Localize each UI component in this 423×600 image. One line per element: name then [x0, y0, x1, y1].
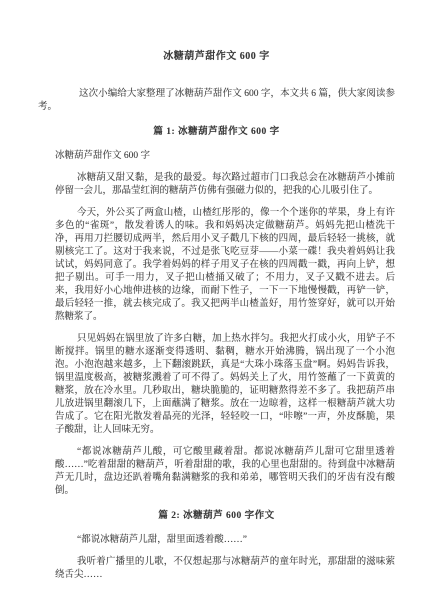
- section-2-paragraph-1: “都说冰糖葫芦儿甜，甜里面透着酸……”: [55, 534, 395, 547]
- section-2-paragraph-2: 我听着广播里的儿歌，不仅想起那与冰糖葫芦的童年时光，那甜甜的滋味萦绕舌尖……: [55, 556, 395, 582]
- section-1-paragraph-3: 只见妈妈在锅里放了许多白糖，加上热水拌匀。我把火打成小火，用铲子不断搅拌。锅里的…: [55, 333, 395, 437]
- section-1-heading: 篇 1: 冰糖葫芦甜作文 600 字: [38, 126, 395, 139]
- intro-paragraph: 这次小编给大家整理了冰糖葫芦甜作文 600 字，本文共 6 篇，供大家阅读参考。: [38, 88, 395, 114]
- page-title: 冰糖葫芦甜作文 600 字: [38, 50, 395, 63]
- section-2-heading: 篇 2: 冰糖葫芦 600 字作文: [38, 510, 395, 523]
- section-1-subtitle: 冰糖葫芦甜作文 600 字: [55, 150, 395, 163]
- document-body: 冰糖葫芦甜作文 600 字 这次小编给大家整理了冰糖葫芦甜作文 600 字，本文…: [0, 0, 423, 582]
- document-page: 冰糖葫芦甜作文 600 字 这次小编给大家整理了冰糖葫芦甜作文 600 字，本文…: [0, 0, 423, 600]
- section-1-paragraph-2: 今天，外公买了两盒山楂，山楂红彤彤的，像一个个迷你的苹果，身上有许多色的“雀斑”…: [55, 207, 395, 324]
- section-1-paragraph-1: 冰糖葫又甜又黏，是我的最爱。每次路过超市门口我总会在冰糖葫芦小摊前停留一会儿，那…: [55, 172, 395, 198]
- section-1-paragraph-4: “都说冰糖葫芦儿酸，可它酸里藏着甜。都说冰糖葫芦儿甜可它甜里透着酸……”吃着甜甜…: [55, 446, 395, 498]
